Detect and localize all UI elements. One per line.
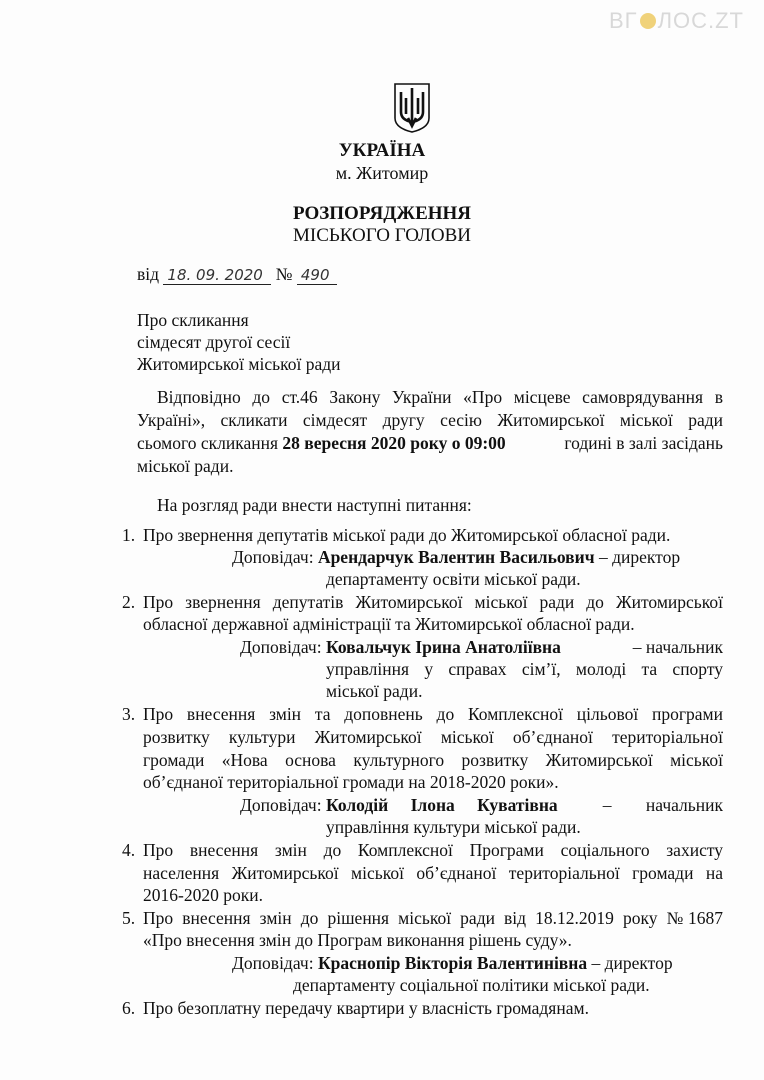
intro-line: Відповідно до ст.46 Закону України «Про … (157, 387, 723, 408)
agenda-item-text: Про внесення змін та доповнень до Компле… (143, 704, 723, 725)
intro-line: сьомого скликання 28 вересня 2020 року о… (137, 433, 723, 454)
agenda-item-text: обласної державної адміністрації та Жито… (143, 614, 635, 635)
agenda-item-text: розвитку культури Житомирської міської о… (143, 727, 723, 748)
watermark-logo-icon (640, 13, 656, 29)
agenda-item-text: Про безоплатну передачу квартири у власн… (143, 998, 589, 1019)
subject-line: Житомирської міської ради (137, 354, 341, 375)
subject-line: сімдесят другої сесії (137, 332, 290, 353)
site-watermark: ВГ ЛОС.ZT (609, 8, 744, 34)
speaker-line: Доповідач: Арендарчук Валентин Васильови… (232, 547, 680, 568)
agenda-item-text: Про внесення змін до рішення міської рад… (143, 908, 723, 929)
coat-of-arms-icon (393, 82, 431, 134)
subject-line: Про скликання (137, 310, 249, 331)
speaker-line: Колодій Ілона Куватівна – начальник (326, 795, 723, 816)
agenda-item-number: 5. (122, 908, 135, 929)
agenda-intro: На розгляд ради внести наступні питання: (157, 495, 472, 516)
agenda-item-number: 2. (122, 592, 135, 613)
speaker-role: департаменту соціальної політики міської… (293, 975, 650, 996)
speaker-name: Арендарчук Валентин Васильович (318, 547, 595, 567)
date-prefix: від (137, 264, 159, 284)
intro-line: міської ради. (137, 456, 233, 477)
speaker-role: міської ради. (326, 681, 422, 702)
document-page: ВГ ЛОС.ZT УКРАЇНА м. Житомир РОЗПОРЯДЖЕН… (0, 0, 764, 1080)
agenda-item-text: Про звернення депутатів міської ради до … (143, 525, 670, 546)
agenda-item-number: 1. (122, 525, 135, 546)
document-date: 18. 09. 2020 (163, 266, 271, 285)
agenda-item-text: 2016-2020 роки. (143, 885, 263, 906)
watermark-text-right: ЛОС.ZT (658, 8, 744, 34)
speaker-line: Доповідач: (240, 637, 322, 658)
city-title: м. Житомир (0, 163, 764, 184)
agenda-item-text: «Про внесення змін до Програм виконання … (143, 930, 572, 951)
agenda-item-number: 3. (122, 704, 135, 725)
speaker-name: Колодій Ілона Куватівна (326, 795, 558, 816)
country-title: УКРАЇНА (0, 140, 764, 162)
agenda-item-text: населення Житомирської міської об’єднано… (143, 863, 723, 884)
speaker-role: управління у справах сім’ї, молоді та сп… (326, 659, 723, 680)
issuer-title: МІСЬКОГО ГОЛОВИ (0, 225, 764, 247)
agenda-item-text: об’єднаної територіальної громади на 201… (143, 772, 559, 793)
speaker-name: Ковальчук Ірина Анатоліївна (326, 637, 561, 658)
speaker-line: Доповідач: (240, 795, 322, 816)
speaker-name: Краснопір Вікторія Валентинівна (318, 953, 587, 973)
document-type-title: РОЗПОРЯДЖЕННЯ (0, 203, 764, 225)
speaker-line: Ковальчук Ірина Анатоліївна – начальник (326, 637, 723, 658)
number-prefix: № (276, 264, 293, 284)
speaker-role: департаменту освіти міської ради. (326, 569, 581, 590)
document-number: 490 (297, 266, 337, 285)
agenda-item-number: 4. (122, 840, 135, 861)
document-meta: від 18. 09. 2020 № 490 (137, 264, 337, 285)
watermark-text-left: ВГ (609, 8, 638, 34)
agenda-item-text: Про звернення депутатів Житомирської міс… (143, 592, 723, 613)
session-datetime: 28 вересня 2020 року о 09:00 (282, 433, 505, 453)
speaker-line: Доповідач: Краснопір Вікторія Валентинів… (232, 953, 673, 974)
intro-line: Україні», скликати сімдесят другу сесію … (137, 410, 723, 431)
agenda-item-number: 6. (122, 998, 135, 1019)
agenda-item-text: громади «Нова основа культурного розвитк… (143, 750, 723, 771)
speaker-role: управління культури міської ради. (326, 817, 581, 838)
agenda-item-text: Про внесення змін до Комплексної Програм… (143, 840, 723, 861)
